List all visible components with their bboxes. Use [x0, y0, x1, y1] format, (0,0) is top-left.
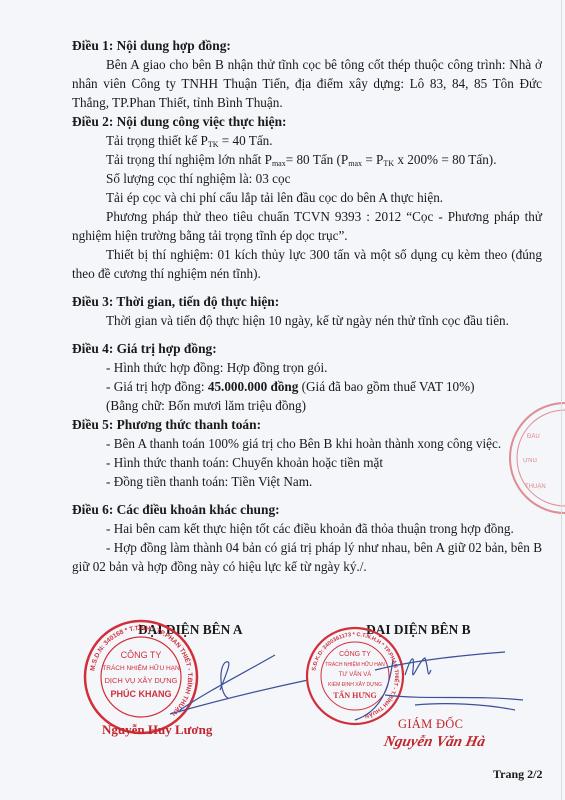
section-6-heading: Điều 6: Các điều khoản khác chung:: [72, 500, 542, 519]
edge-stamp-icon: ĐẦU ỰNG THUẬN: [505, 398, 565, 518]
party-b-name: Nguyễn Văn Hà: [382, 734, 486, 751]
equipment-line: Thiết bị thí nghiệm: 01 kích thủy lực 30…: [72, 245, 542, 283]
method-line: Phương pháp thử theo tiêu chuẩn TCVN 939…: [72, 207, 542, 245]
loading-line: Tải ép cọc và chi phí cẩu lắp tải lên đầ…: [72, 188, 542, 207]
svg-text:THUẬN: THUẬN: [525, 483, 546, 490]
page-number: Trang 2/2: [493, 767, 542, 782]
general-term: - Hợp đồng làm thành 04 bản có giá trị p…: [72, 538, 542, 576]
section-3-text: Thời gian và tiến độ thực hiện 10 ngày, …: [72, 311, 542, 330]
svg-text:ỰNG: ỰNG: [523, 458, 537, 464]
design-load-line: Tải trọng thiết kế PTK = 40 Tấn.: [72, 131, 542, 150]
document-page: Điều 1: Nội dung hợp đồng: Bên A giao ch…: [0, 0, 565, 800]
party-a-name: Nguyễn Huy Lương: [102, 722, 212, 738]
contract-body: Điều 1: Nội dung hợp đồng: Bên A giao ch…: [72, 36, 542, 576]
party-a-signature-icon: [150, 640, 310, 720]
max-load-line: Tải trọng thí nghiệm lớn nhất Pmax= 80 T…: [72, 150, 542, 169]
payment-item: - Đồng tiền thanh toán: Tiền Việt Nam.: [72, 472, 542, 491]
section-3-heading: Điều 3: Thời gian, tiến độ thực hiện:: [72, 292, 542, 311]
section-5-heading: Điều 5: Phương thức thanh toán:: [72, 415, 542, 434]
section-4-heading: Điều 4: Giá trị hợp đồng:: [72, 339, 542, 358]
contract-amount: 45.000.000 đồng: [208, 379, 299, 394]
pile-count-line: Số lượng cọc thí nghiệm là: 03 cọc: [72, 169, 542, 188]
payment-item: - Hình thức thanh toán: Chuyển khoản hoặ…: [72, 453, 542, 472]
section-2-heading: Điều 2: Nội dung công việc thực hiện:: [72, 112, 542, 131]
section-1-heading: Điều 1: Nội dung hợp đồng:: [72, 36, 542, 55]
party-b-role: GIÁM ĐỐC: [398, 717, 463, 732]
contract-value-line: - Giá trị hợp đồng: 45.000.000 đồng (Giá…: [72, 377, 542, 396]
payment-item: - Bên A thanh toán 100% giá trị cho Bên …: [72, 434, 542, 453]
section-1-text: Bên A giao cho bên B nhận thử tĩnh cọc b…: [72, 55, 542, 112]
amount-in-words: (Bằng chữ: Bốn mươi lăm triệu đồng): [72, 396, 542, 415]
contract-form-line: - Hình thức hợp đồng: Hợp đồng trọn gói.: [72, 358, 542, 377]
general-term: - Hai bên cam kết thực hiện tốt các điều…: [72, 519, 542, 538]
svg-text:ĐẦU: ĐẦU: [527, 433, 540, 440]
